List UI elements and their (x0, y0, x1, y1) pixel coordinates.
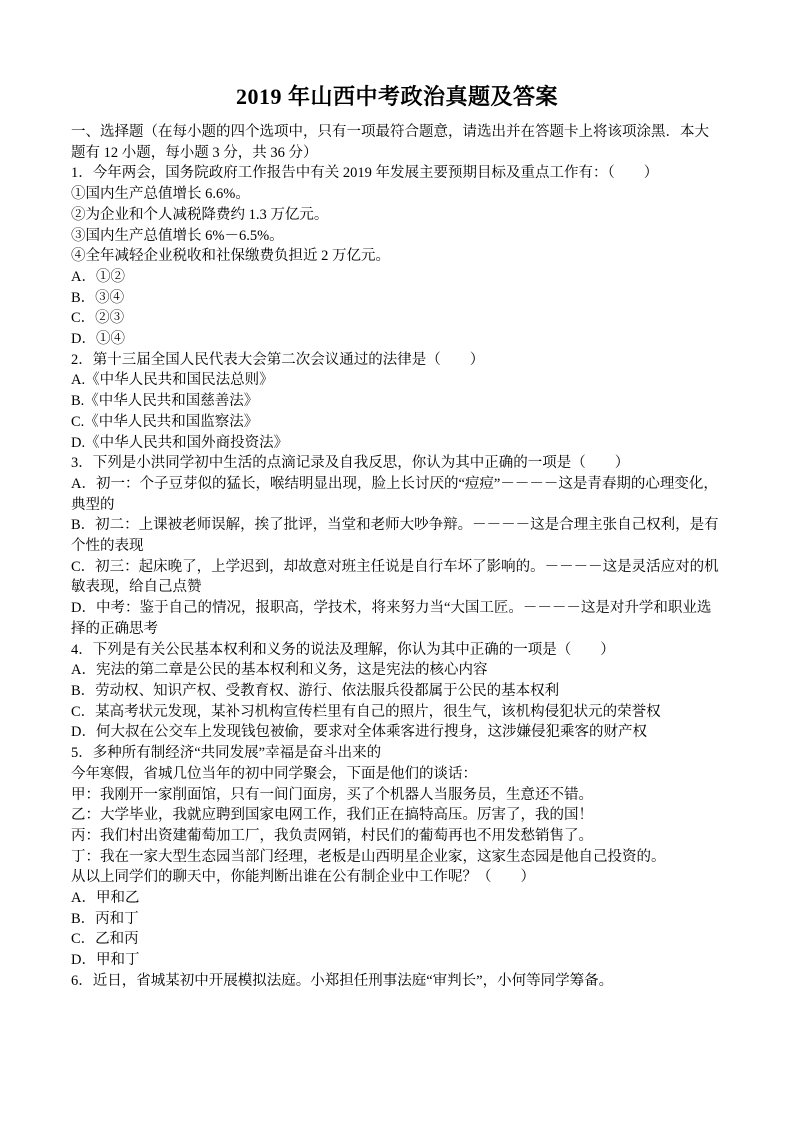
q5-option-a: A．甲和乙 (71, 888, 723, 909)
q1-item-4: ④全年减轻企业税收和社保缴费负担近 2 万亿元。 (71, 246, 723, 267)
document-title: 2019 年山西中考政治真题及答案 (71, 82, 723, 112)
document-content: 2019 年山西中考政治真题及答案 一、选择题（在每小题的四个选项中，只有一项最… (0, 0, 794, 1123)
q5-option-d: D．甲和丁 (71, 950, 723, 971)
q4-stem: 4．下列是有关公民基本权利和义务的说法及理解，你认为其中正确的一项是（ ） (71, 640, 723, 661)
q1-stem: 1．今年两会，国务院政府工作报告中有关 2019 年发展主要预期目标及重点工作有… (71, 163, 723, 184)
q3-option-d: D．中考：鉴于自己的情况，报职高，学技术，将来努力当“大国工匠。－－－－这是对升… (71, 598, 723, 639)
q1-option-c: C．②③ (71, 308, 723, 329)
q1-item-3: ③国内生产总值增长 6%－6.5%。 (71, 226, 723, 247)
q1-option-b: B．③④ (71, 288, 723, 309)
q5-speaker-yi: 乙：大学毕业，我就应聘到国家电网工作，我们正在搞特高压。厉害了，我的国！ (71, 805, 723, 826)
q5-speaker-jia: 甲：我刚开一家削面馆，只有一间门面房，买了个机器人当服务员，生意还不错。 (71, 785, 723, 806)
q1-item-1: ①国内生产总值增长 6.6%。 (71, 184, 723, 205)
q5-option-c: C．乙和丙 (71, 929, 723, 950)
q1-option-d: D．①④ (71, 329, 723, 350)
q4-option-d: D．何大叔在公交车上发现钱包被偷，要求对全体乘客进行搜身，这涉嫌侵犯乘客的财产权 (71, 722, 723, 743)
q1-item-2: ②为企业和个人减税降费约 1.3 万亿元。 (71, 205, 723, 226)
q5-context: 今年寒假，省城几位当年的初中同学聚会，下面是他们的谈话： (71, 764, 723, 785)
q5-option-b: B．丙和丁 (71, 909, 723, 930)
document-page: 2019 年山西中考政治真题及答案 一、选择题（在每小题的四个选项中，只有一项最… (0, 0, 794, 1123)
q2-option-b: B.《中华人民共和国慈善法》 (71, 391, 723, 412)
q2-option-d: D.《中华人民共和国外商投资法》 (71, 433, 723, 454)
q3-option-a: A．初一：个子豆芽似的猛长，喉结明显出现，脸上长讨厌的“痘痘”－－－－这是青春期… (71, 474, 723, 515)
q3-option-b: B．初二：上课被老师误解，挨了批评，当堂和老师大吵争辩。－－－－这是合理主张自己… (71, 515, 723, 556)
q2-option-c: C.《中华人民共和国监察法》 (71, 412, 723, 433)
q5-question: 从以上同学们的聊天中，你能判断出谁在公有制企业中工作呢？（ ） (71, 867, 723, 888)
q5-speaker-bing: 丙：我们村出资建葡萄加工厂，我负责网销，村民们的葡萄再也不用发愁销售了。 (71, 826, 723, 847)
q5-stem: 5．多种所有制经济“共同发展”幸福是奋斗出来的 (71, 743, 723, 764)
section-intro: 一、选择题（在每小题的四个选项中，只有一项最符合题意，请选出并在答题卡上将该项涂… (71, 122, 723, 163)
q5-speaker-ding: 丁：我在一家大型生态园当部门经理，老板是山西明星企业家，这家生态园是他自己投资的… (71, 847, 723, 868)
q3-stem: 3．下列是小洪同学初中生活的点滴记录及自我反思，你认为其中正确的一项是（ ） (71, 453, 723, 474)
q2-stem: 2．第十三届全国人民代表大会第二次会议通过的法律是（ ） (71, 350, 723, 371)
q4-option-c: C．某高考状元发现，某补习机构宣传栏里有自己的照片，很生气，该机构侵犯状元的荣誉… (71, 702, 723, 723)
q3-option-c: C．初三：起床晚了，上学迟到，却故意对班主任说是自行车坏了影响的。－－－－这是灵… (71, 557, 723, 598)
q1-option-a: A．①② (71, 267, 723, 288)
q4-option-a: A．宪法的第二章是公民的基本权利和义务，这是宪法的核心内容 (71, 660, 723, 681)
q2-option-a: A.《中华人民共和国民法总则》 (71, 370, 723, 391)
q4-option-b: B．劳动权、知识产权、受教育权、游行、依法服兵役都属于公民的基本权利 (71, 681, 723, 702)
q6-stem: 6．近日，省城某初中开展模拟法庭。小郑担任刑事法庭“审判长”，小何等同学筹备。 (71, 971, 723, 992)
